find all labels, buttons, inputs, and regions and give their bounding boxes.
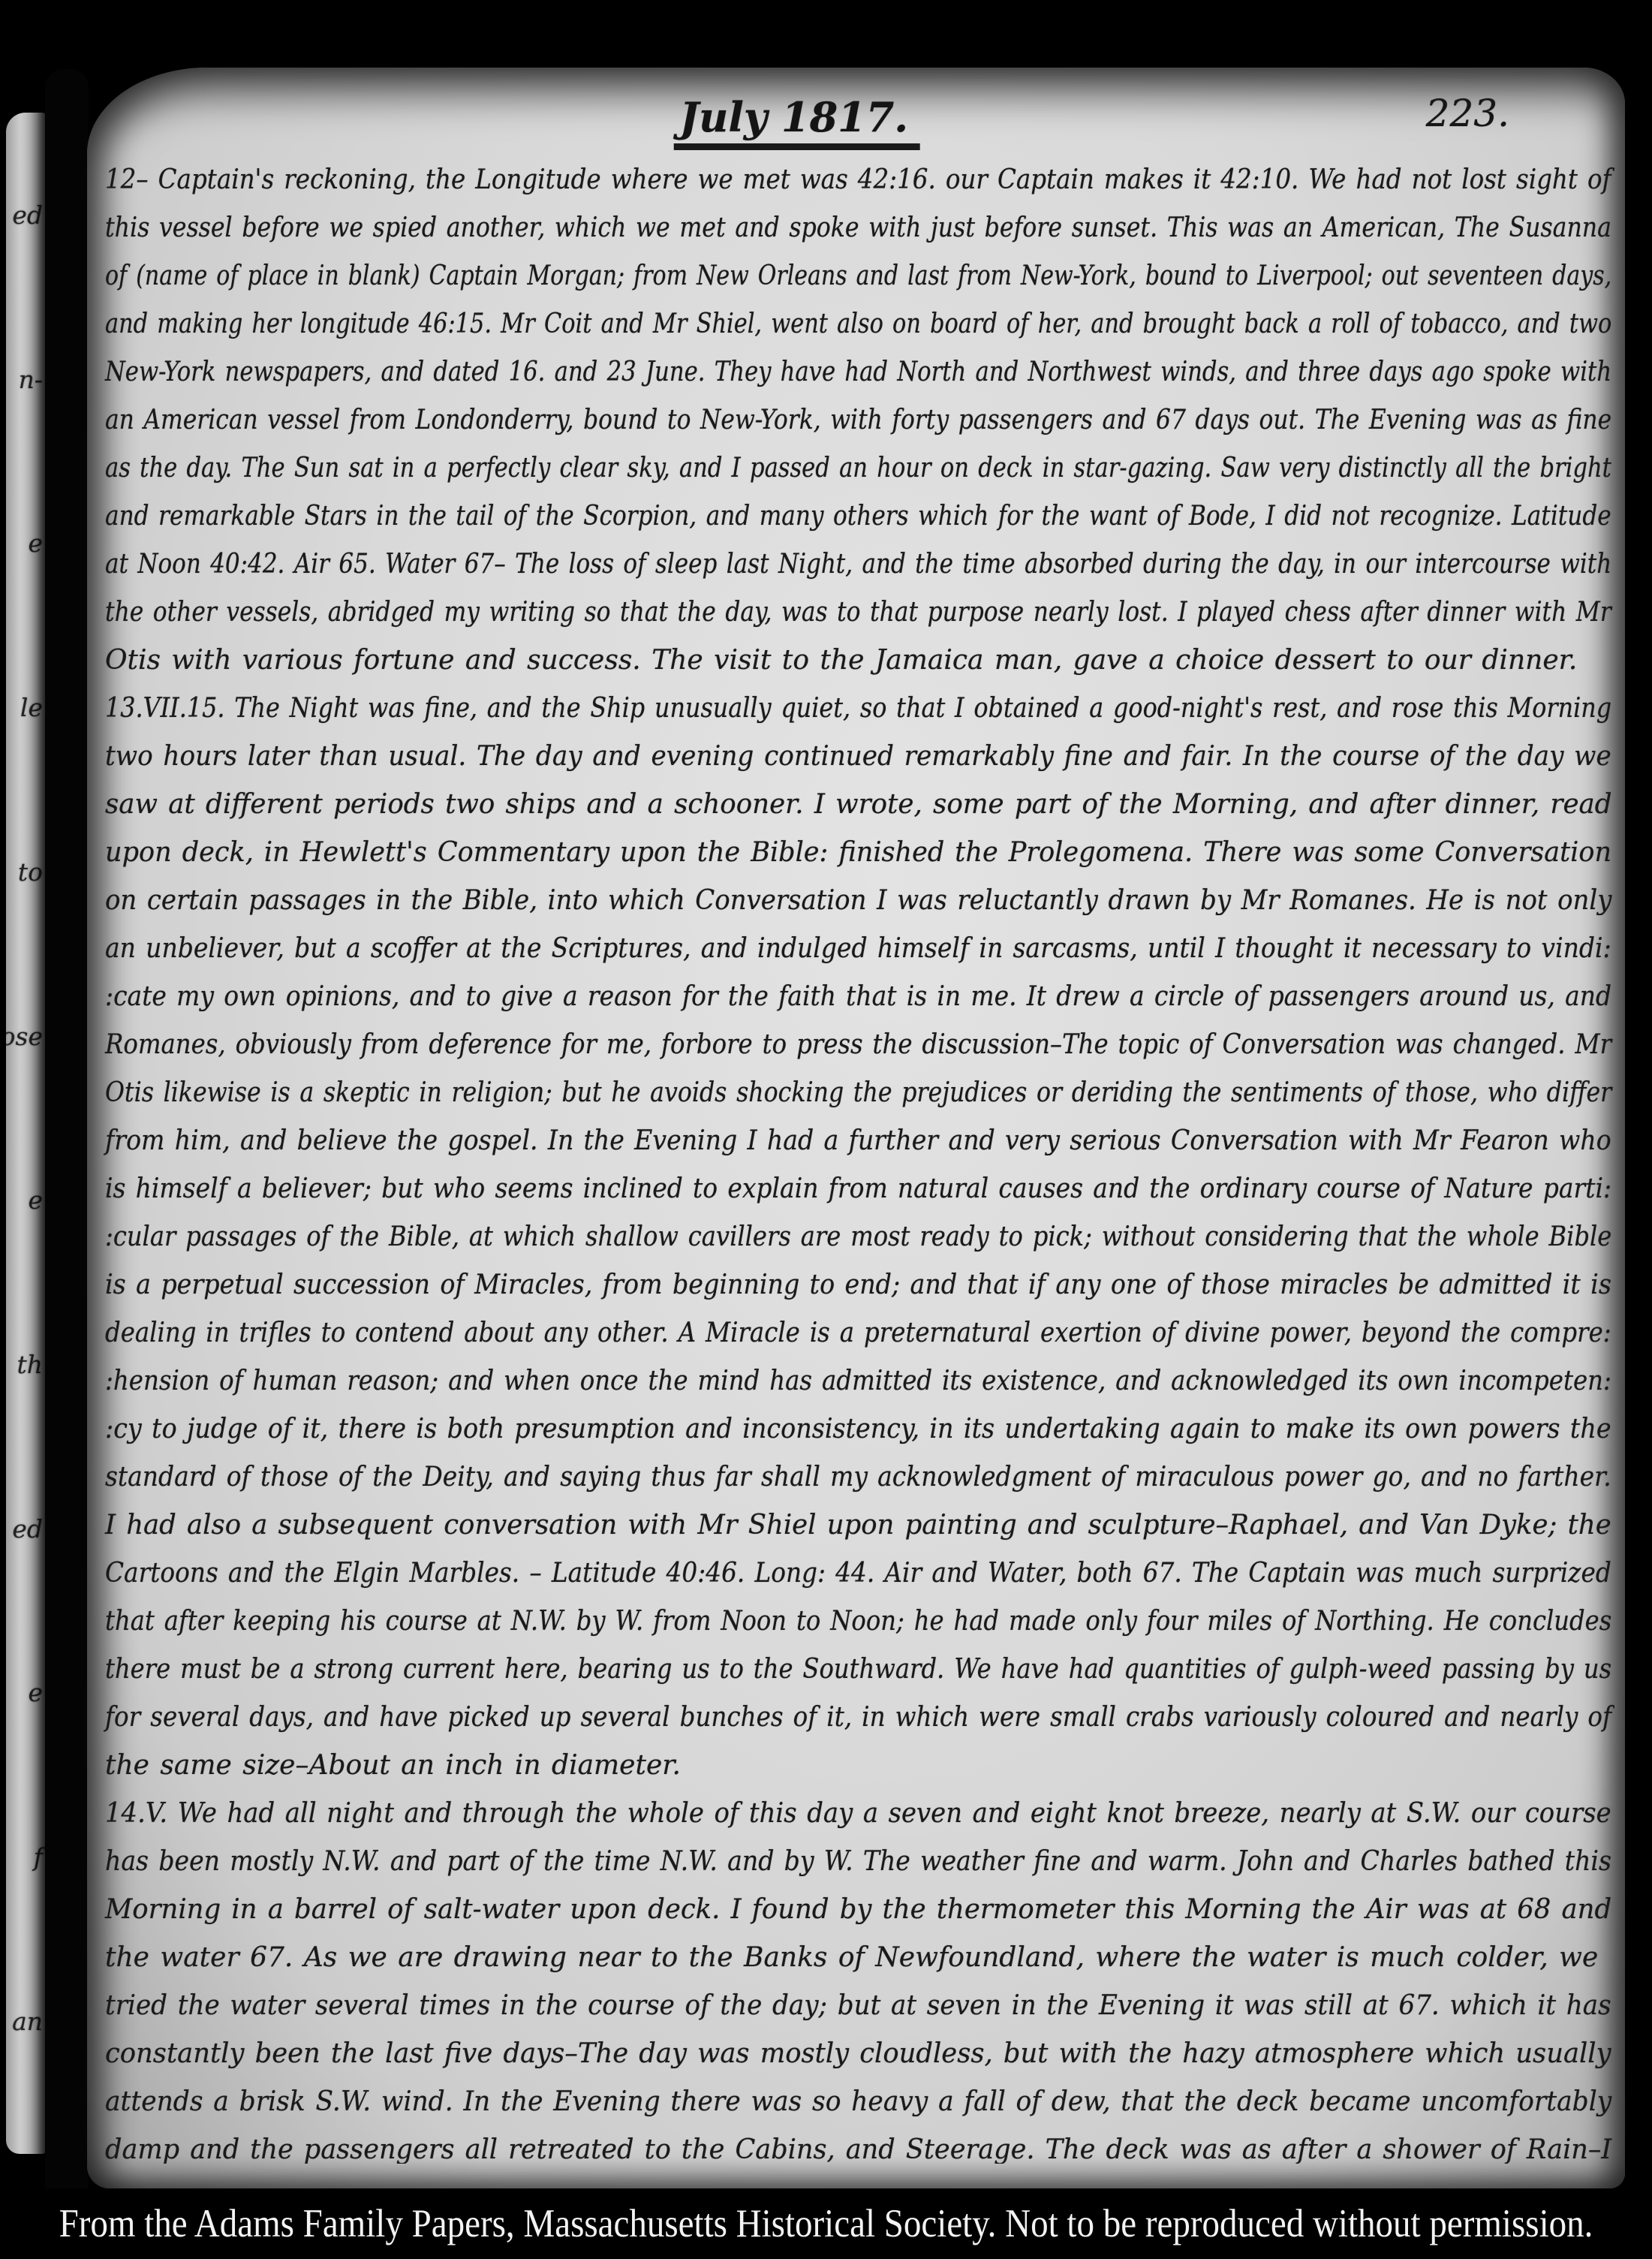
manuscript-line: Otis with various fortune and success. T… — [105, 647, 1611, 674]
facing-page-edge: edn-eletooseethedefan — [6, 113, 47, 2154]
manuscript-line: New-York newspapers, and dated 16. and 2… — [105, 359, 1387, 386]
manuscript-line: 14.V. We had all night and through the w… — [105, 1800, 1522, 1827]
manuscript-line: for several days, and have picked up sev… — [105, 1704, 1467, 1731]
margin-fragment: e — [28, 1188, 45, 1212]
manuscript-line: the water 67. As we are drawing near to … — [105, 1944, 1611, 1971]
manuscript-line: and remarkable Stars in the tail of the … — [105, 503, 1408, 530]
manuscript-line: damp and the passengers all retreated to… — [105, 2137, 1573, 2164]
manuscript-line: I had also a subsequent conversation wit… — [105, 1512, 1587, 1539]
manuscript-line: an American vessel from Londonderry, bou… — [105, 407, 1416, 434]
page-header: July 1817. 223. — [101, 84, 1614, 165]
manuscript-line: Morning in a barrel of salt-water upon d… — [105, 1896, 1587, 1923]
book-gutter — [45, 69, 89, 2259]
page-title: July 1817. — [674, 93, 921, 150]
manuscript-line: is himself a believer; but who seems inc… — [105, 1176, 1484, 1203]
caption-bar: From the Adams Family Papers, Massachuse… — [0, 2188, 1652, 2259]
manuscript-line: 13.VII.15. The Night was fine, and the S… — [105, 695, 1437, 722]
margin-fragment: ose — [6, 1024, 45, 1049]
manuscript-line: on certain passages in the Bible, into w… — [105, 887, 1525, 914]
manuscript-line: at Noon 40:42. Air 65. Water 67– The los… — [105, 551, 1402, 578]
manuscript-line: and making her longitude 46:15. Mr Coit … — [105, 311, 1376, 338]
margin-fragment: f — [34, 1845, 45, 1869]
margin-fragment: an — [12, 2009, 45, 2034]
manuscript-line: upon deck, in Hewlett's Commentary upon … — [105, 839, 1571, 866]
margin-fragment: to — [18, 860, 45, 884]
manuscript-line: 12– Captain's reckoning, the Longitude w… — [105, 167, 1466, 194]
manuscript-lines: 12– Captain's reckoning, the Longitude w… — [101, 165, 1614, 2164]
caption-text: From the Adams Family Papers, Massachuse… — [59, 2201, 1593, 2246]
manuscript-line: has been mostly N.W. and part of the tim… — [105, 1848, 1490, 1875]
manuscript-line: that after keeping his course at N.W. by… — [105, 1608, 1453, 1635]
manuscript-line: constantly been the last five days–The d… — [105, 2041, 1584, 2068]
manuscript-line: from him, and believe the gospel. In the… — [105, 1128, 1492, 1155]
manuscript-line: tried the water several times in the cou… — [105, 1992, 1534, 2020]
manuscript-line: :cular passages of the Bible, at which s… — [105, 1224, 1451, 1251]
manuscript-line: an unbeliever, but a scoffer at the Scri… — [105, 935, 1486, 962]
manuscript-line: the other vessels, abridged my writing s… — [105, 599, 1414, 626]
manuscript-line: standard of those of the Deity, and sayi… — [105, 1464, 1484, 1491]
manuscript-line: dealing in trifles to contend about any … — [105, 1320, 1459, 1347]
manuscript-line: :cate my own opinions, and to give a rea… — [105, 983, 1484, 1011]
manuscript-page: July 1817. 223. 12– Captain's reckoning,… — [87, 68, 1625, 2188]
page-number: 223. — [1426, 92, 1509, 135]
manuscript-line: this vessel before we spied another, whi… — [105, 215, 1426, 242]
manuscript-line: two hours later than usual. The day and … — [105, 743, 1538, 770]
manuscript-line: Otis likewise is a skeptic in religion; … — [105, 1080, 1427, 1107]
manuscript-line: Romanes, obviously from deference for me… — [105, 1032, 1458, 1059]
margin-fragment: e — [28, 1680, 45, 1705]
manuscript-line: Cartoons and the Elgin Marbles. – Latitu… — [105, 1560, 1476, 1587]
margin-fragment: ed — [12, 1517, 45, 1541]
manuscript-line: as the day. The Sun sat in a perfectly c… — [105, 455, 1384, 482]
manuscript-line: saw at different periods two ships and a… — [105, 791, 1594, 818]
margin-fragment: ed — [12, 203, 45, 227]
manuscript-line: is a perpetual succession of Miracles, f… — [105, 1272, 1499, 1299]
manuscript-scan: edn-eletooseethedefan July 1817. 223. 12… — [0, 0, 1652, 2259]
margin-fragment: le — [20, 695, 45, 720]
margin-fragment: th — [17, 1352, 45, 1377]
margin-fragment: e — [28, 531, 45, 556]
margin-fragment: n- — [19, 367, 45, 392]
manuscript-line: :cy to judge of it, there is both presum… — [105, 1416, 1501, 1443]
manuscript-line: the same size–About an inch in diameter. — [105, 1752, 1611, 1779]
manuscript-line: there must be a strong current here, bea… — [105, 1656, 1452, 1683]
manuscript-line: of (name of place in blank) Captain Morg… — [105, 263, 1360, 290]
manuscript-line: attends a brisk S.W. wind. In the Evenin… — [105, 2089, 1546, 2116]
manuscript-line: :hension of human reason; and when once … — [105, 1368, 1461, 1395]
